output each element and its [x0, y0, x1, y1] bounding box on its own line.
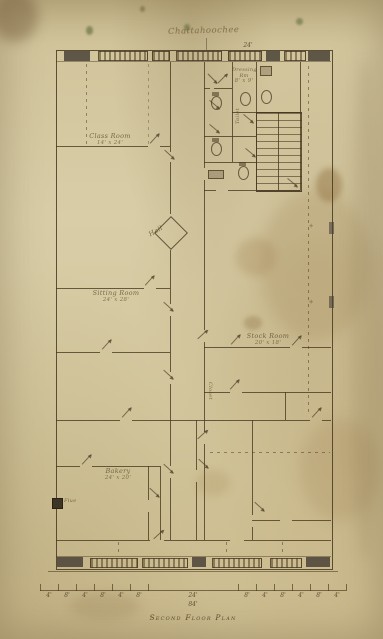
- wall-segment: [56, 420, 120, 421]
- dashed-beam-line: [86, 64, 87, 144]
- window: [212, 558, 262, 568]
- dimension-tick: [310, 584, 311, 591]
- room-name: Dressing Rm: [232, 67, 257, 79]
- wall-segment: [204, 88, 210, 89]
- room-size: 24' x 28': [84, 297, 148, 304]
- stair-rail: [278, 112, 279, 190]
- room-label-bakery: Bakery 24' x 20': [92, 468, 144, 482]
- wall-segment: [292, 520, 331, 521]
- sill-line: [48, 571, 338, 572]
- toilet-fixture: [240, 92, 251, 106]
- dimension-value: 4': [113, 592, 129, 599]
- dimension-value: 4': [41, 592, 57, 599]
- wall-segment: [56, 540, 150, 541]
- wall-segment: [322, 420, 331, 421]
- wall-segment: [204, 136, 256, 137]
- wall-segment: [244, 540, 331, 541]
- dimension-value: 4': [329, 592, 345, 599]
- dimension-tick: [112, 584, 113, 591]
- column-marker: +: [309, 222, 313, 230]
- wall-segment: [214, 88, 232, 89]
- room-label-class-room: Class Room 14' x 24': [78, 133, 142, 147]
- dimension-tick: [148, 584, 149, 591]
- room-name: Toilet: [235, 108, 241, 124]
- dimension-value: 8': [59, 592, 75, 599]
- paper-stain: [86, 26, 93, 35]
- wall-segment: [56, 352, 100, 353]
- dashed-beam-line: [148, 64, 149, 144]
- wall-segment: [170, 162, 171, 214]
- dimension-tick: [76, 584, 77, 591]
- dimension-value: 4': [293, 592, 309, 599]
- dimension-tick: [274, 584, 275, 591]
- wall-segment: [252, 527, 253, 540]
- room-size: 20' x 18': [240, 340, 296, 347]
- top-dimension-label: 24': [240, 42, 256, 49]
- wall-segment: [56, 466, 80, 467]
- wall-segment: [196, 482, 197, 540]
- wall-pier: [306, 557, 330, 567]
- lavatory-fixture: [260, 66, 272, 76]
- toilet-fixture: [238, 166, 249, 180]
- dimension-tick: [328, 584, 329, 591]
- dimension-value: 8': [239, 592, 255, 599]
- handwritten-annotation: Chattahoochee: [168, 25, 240, 37]
- room-label-closet: Closet: [207, 382, 213, 400]
- wall-segment: [164, 540, 230, 541]
- dimension-tick: [292, 584, 293, 591]
- wall-inner-line: [56, 61, 331, 62]
- wall-segment: [204, 342, 205, 432]
- room-size: 14' x 24': [78, 140, 142, 147]
- wall-segment: [112, 352, 170, 353]
- drawing-sheet: Chattahoochee 24': [0, 0, 383, 639]
- pilaster: [329, 222, 334, 234]
- chimney-flue: [52, 498, 63, 509]
- window: [270, 558, 302, 568]
- wall-segment: [156, 288, 170, 289]
- room-label-sitting-room: Sitting Room 24' x 28': [84, 290, 148, 304]
- wall-segment: [204, 62, 205, 168]
- dashed-beam-line: [226, 542, 227, 556]
- room-size: 24' x 20': [92, 475, 144, 482]
- dashed-beam-line: [282, 542, 283, 556]
- dimension-tick: [40, 584, 41, 591]
- wall-segment: [204, 444, 205, 540]
- dimension-value: 4': [77, 592, 93, 599]
- room-name: Bakery: [105, 467, 130, 475]
- annotation-pointer-line: [206, 38, 207, 50]
- wall-segment: [148, 466, 149, 500]
- window: [284, 51, 306, 61]
- wall-segment: [242, 392, 331, 393]
- paper-stain: [350, 60, 380, 560]
- wall-pier: [266, 51, 280, 61]
- pilaster: [329, 296, 334, 308]
- dashed-beam-line: [118, 542, 119, 556]
- room-label-flue: Flue: [64, 499, 76, 505]
- dimension-tick: [346, 584, 347, 591]
- paper-stain: [0, 0, 38, 42]
- sink-fixture: [208, 170, 224, 179]
- room-name: Stock Room: [247, 332, 290, 340]
- room-label-toilet: Toilet: [236, 108, 242, 124]
- stairway: [256, 112, 302, 192]
- dimension-value: 24': [178, 592, 208, 599]
- wall-segment: [204, 420, 310, 421]
- wall-segment: [196, 420, 197, 470]
- wall-pier: [308, 51, 330, 61]
- window: [142, 558, 188, 568]
- wall-pier: [64, 51, 90, 61]
- room-label-dressing: Dressing Rm 8' x 9': [232, 68, 256, 85]
- toilet-fixture: [261, 90, 272, 104]
- room-name: Closet: [207, 382, 213, 400]
- wall-segment: [204, 190, 205, 330]
- dimension-tick: [94, 584, 95, 591]
- wall-segment: [204, 190, 216, 191]
- dimension-value: 8': [131, 592, 147, 599]
- dimension-total: 84': [178, 601, 208, 608]
- room-name: Sitting Room: [93, 289, 140, 297]
- wall-segment: [302, 347, 331, 348]
- dimension-tick: [58, 584, 59, 591]
- wall-segment: [204, 180, 205, 190]
- dashed-beam-line: [308, 66, 309, 412]
- wall-segment: [148, 512, 149, 540]
- toilet-fixture: [211, 142, 222, 156]
- wall-segment: [170, 250, 171, 304]
- window: [228, 51, 262, 61]
- window: [176, 51, 222, 61]
- wall-segment: [204, 162, 256, 163]
- wall-segment: [204, 347, 290, 348]
- wall-segment: [170, 478, 171, 540]
- room-label-stock-room: Stock Room 20' x 18': [240, 333, 296, 347]
- dimension-line: [40, 590, 346, 591]
- dimension-value: 8': [311, 592, 327, 599]
- wall-segment: [170, 316, 171, 372]
- room-size: 8' x 9': [232, 79, 256, 85]
- wall-segment: [252, 420, 253, 515]
- window: [152, 51, 170, 61]
- wall-pier: [57, 557, 83, 567]
- paper-stain: [296, 18, 303, 25]
- window: [98, 51, 148, 61]
- dimension-value: 4': [257, 592, 273, 599]
- wall-segment: [160, 146, 170, 147]
- room-name: Flue: [64, 498, 76, 504]
- wall-segment: [252, 520, 280, 521]
- wall-segment: [132, 420, 204, 421]
- paper-stain: [140, 6, 145, 12]
- dimension-tick: [130, 584, 131, 591]
- wall-segment: [285, 392, 286, 420]
- dimension-value: 8': [95, 592, 111, 599]
- room-name: Class Room: [89, 132, 131, 140]
- wall-segment: [170, 62, 171, 152]
- dashed-beam-line: [210, 452, 330, 453]
- wall-segment: [170, 384, 171, 466]
- wall-pier: [192, 557, 206, 567]
- column-marker: +: [309, 298, 313, 306]
- dimension-tick: [256, 584, 257, 591]
- window: [90, 558, 138, 568]
- dimension-value: 8': [275, 592, 291, 599]
- plan-title: Second Floor Plan: [146, 613, 240, 622]
- dimension-tick: [238, 584, 239, 591]
